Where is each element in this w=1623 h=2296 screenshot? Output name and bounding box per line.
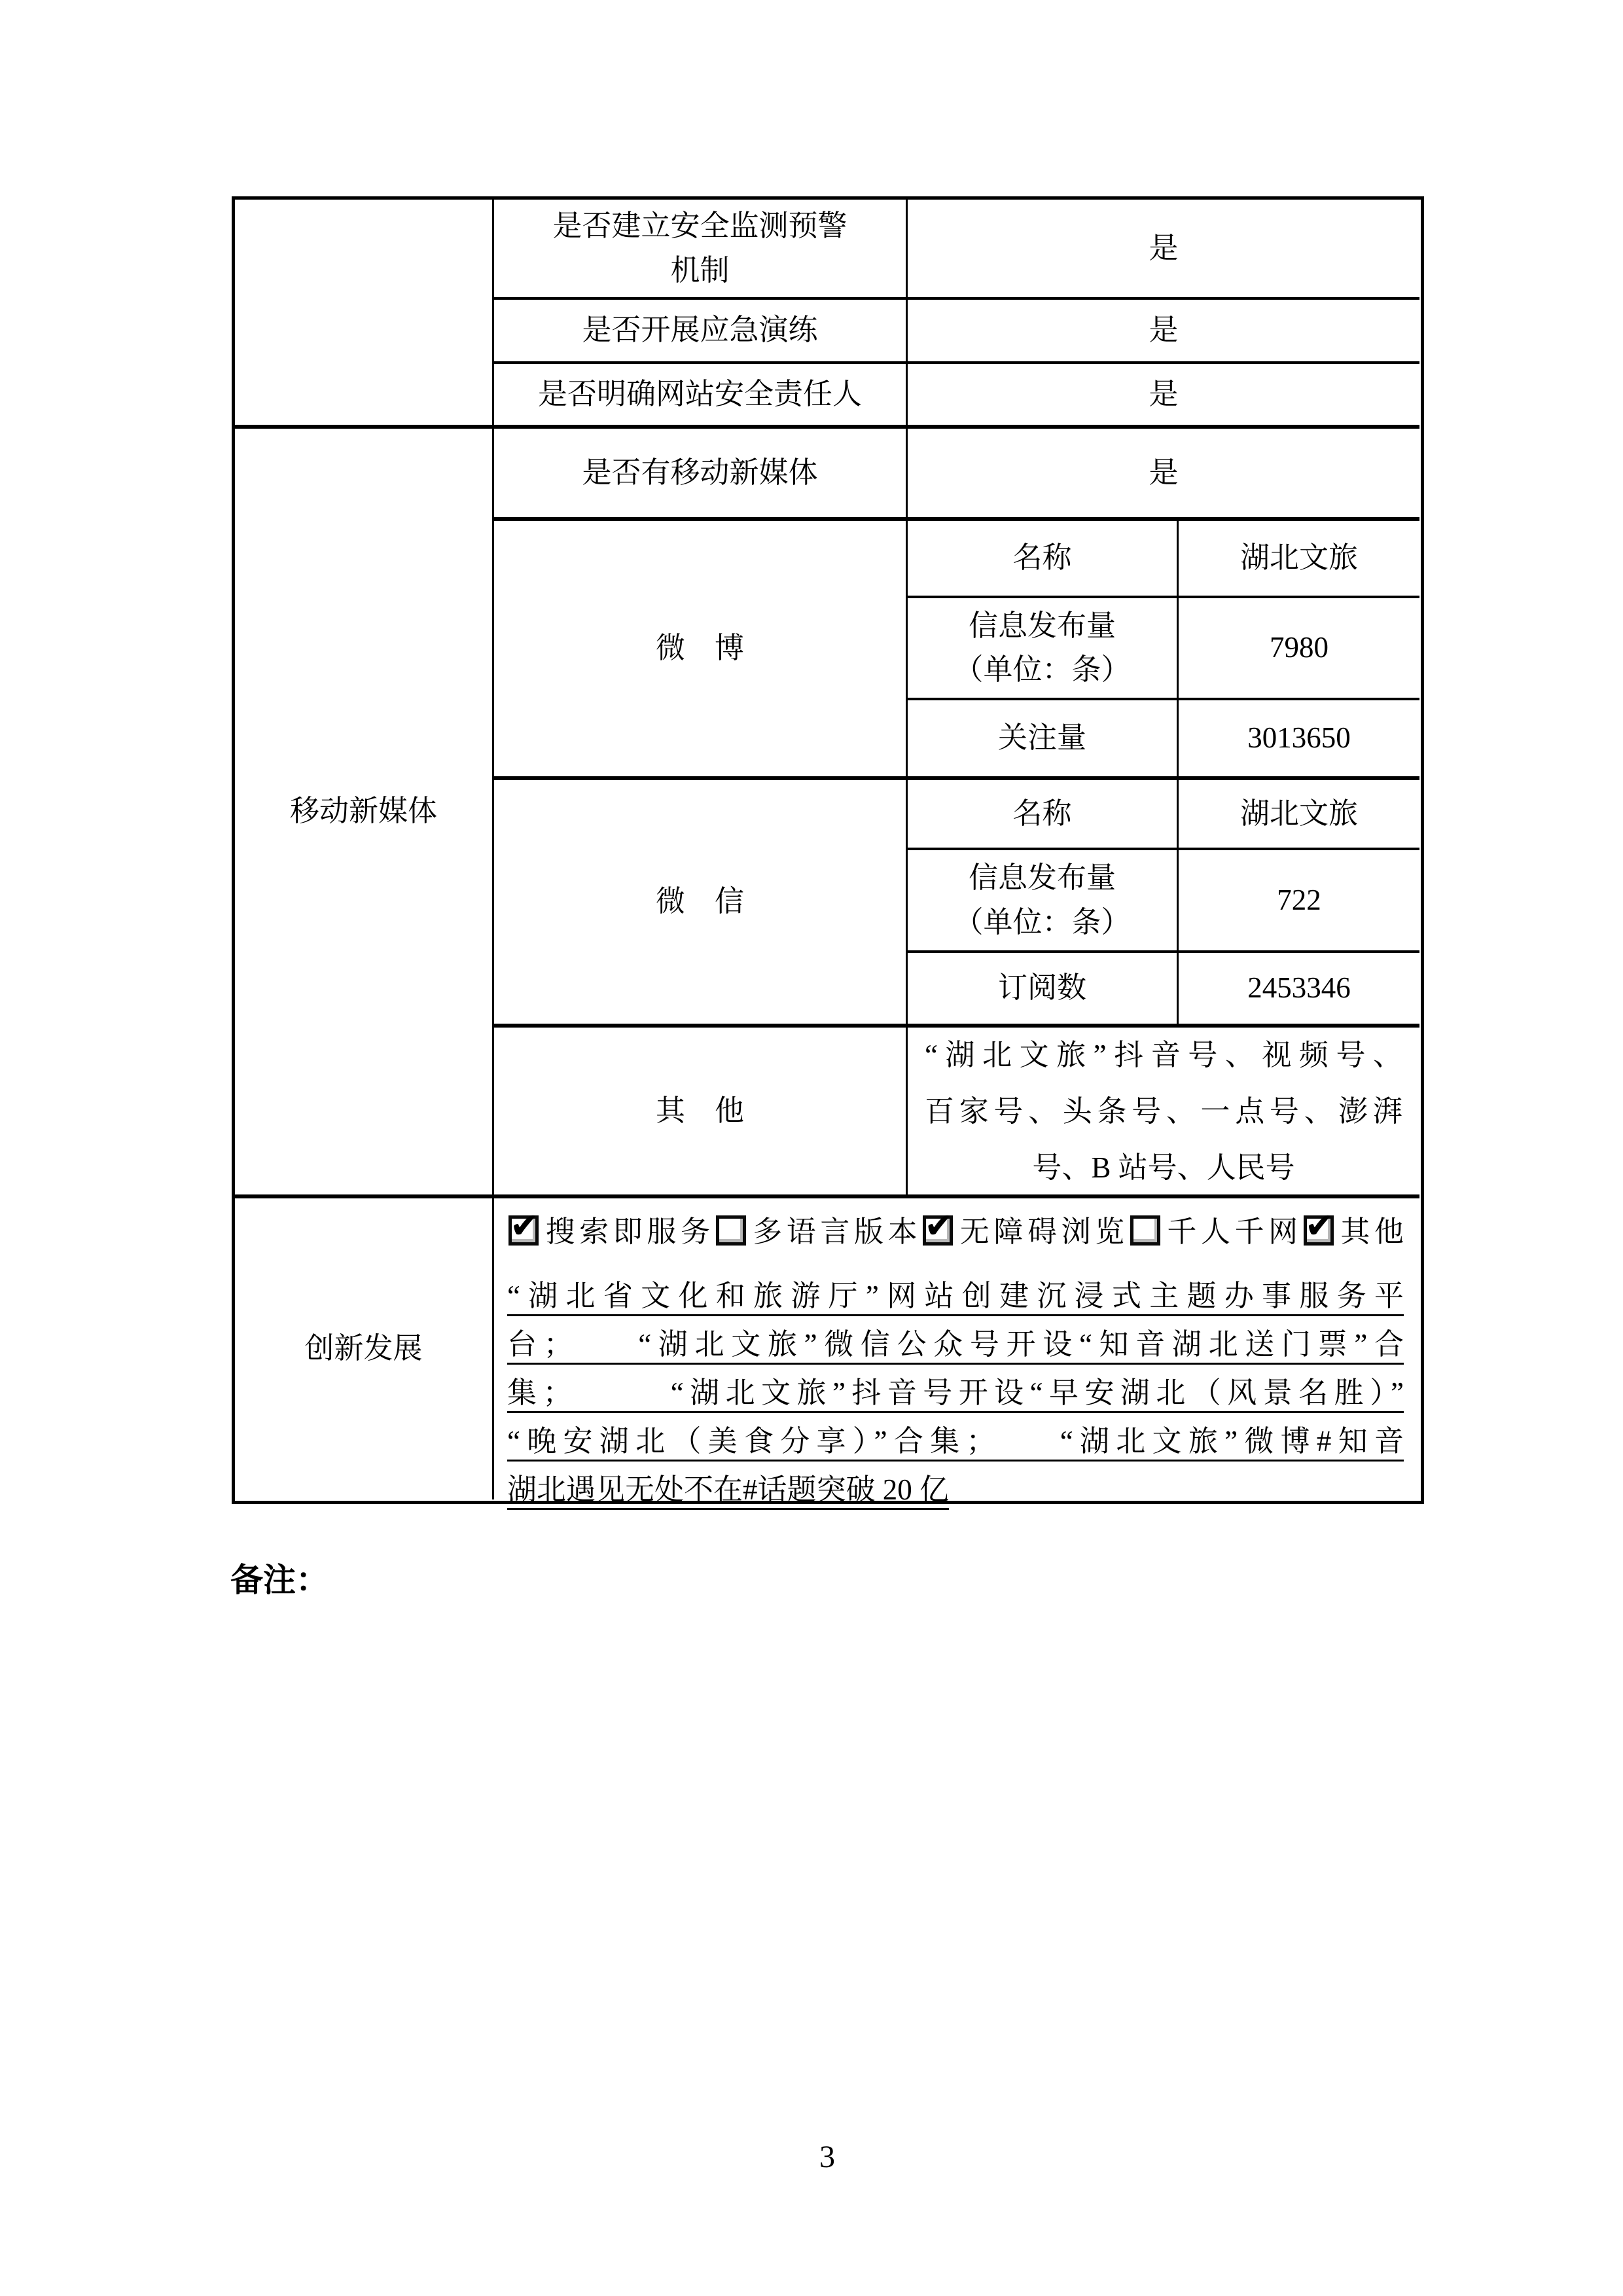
- wechat-name-value: 湖北文旅: [1179, 780, 1419, 850]
- checkbox-label-search-as-service: 搜索即服务: [541, 1215, 715, 1248]
- wechat-subscribers-key: 订阅数: [908, 953, 1179, 1028]
- checkbox-other: [1304, 1215, 1334, 1246]
- checkbox-label-other: 其他: [1336, 1215, 1404, 1248]
- security-row-label: 是否开展应急演练: [494, 300, 908, 364]
- checkbox-label-personalized: 千人千网: [1163, 1215, 1302, 1248]
- security-row-value: 是: [908, 364, 1419, 429]
- report-table: 是否建立安全监测预警 机制 是 是否开展应急演练 是 是否明确网站安全责任人 是…: [232, 196, 1424, 1504]
- weibo-posts-key-line2: （单位：条）: [954, 648, 1130, 692]
- weibo-name-value: 湖北文旅: [1179, 521, 1419, 598]
- wechat-subscribers-value: 2453346: [1179, 953, 1419, 1028]
- weibo-name-key: 名称: [908, 521, 1179, 598]
- weibo-followers-key: 关注量: [908, 700, 1179, 780]
- checkbox-label-multilingual: 多语言版本: [749, 1215, 922, 1248]
- innovation-detail-line: 湖北遇见无处不在#话题突破 20 亿: [507, 1465, 1404, 1514]
- wechat-posts-key-line2: （单位：条）: [954, 901, 1130, 945]
- other-value-line1: “湖北文旅”抖音号、视频号、: [908, 1027, 1419, 1083]
- other-value-line2: 百家号、头条号、一点号、澎湃: [908, 1083, 1419, 1139]
- other-label: 其 他: [494, 1028, 908, 1198]
- wechat-name-key: 名称: [908, 780, 1179, 850]
- security-section-header-cell: [235, 200, 494, 429]
- innovation-options-line: 搜索即服务多语言版本无障碍浏览千人千网其他: [507, 1208, 1404, 1256]
- innovation-detail-line: “晚安湖北（美食分享）”合集； “湖北文旅”微博#知音: [507, 1417, 1404, 1465]
- security-row-label: 是否明确网站安全责任人: [494, 364, 908, 429]
- security-row-label-line2: 机制: [670, 249, 729, 293]
- wechat-posts-value: 722: [1179, 850, 1419, 953]
- checkbox-accessibility: [923, 1215, 953, 1246]
- innovation-section-label: 创新发展: [235, 1198, 494, 1499]
- wechat-posts-key-line1: 信息发布量: [969, 856, 1116, 901]
- weibo-label: 微 博: [494, 521, 908, 780]
- weibo-posts-key: 信息发布量 （单位：条）: [908, 598, 1179, 700]
- checkbox-personalized: [1130, 1215, 1160, 1246]
- security-row-label: 是否建立安全监测预警 机制: [494, 200, 908, 300]
- mobile-section-label: 移动新媒体: [235, 429, 494, 1198]
- weibo-posts-key-line1: 信息发布量: [969, 604, 1116, 649]
- has-mobile-label: 是否有移动新媒体: [494, 429, 908, 521]
- has-mobile-value: 是: [908, 429, 1419, 521]
- page-number: 3: [819, 2139, 835, 2175]
- wechat-posts-key: 信息发布量 （单位：条）: [908, 850, 1179, 953]
- checkbox-search-as-service: [508, 1215, 539, 1246]
- other-value: “湖北文旅”抖音号、视频号、 百家号、头条号、一点号、澎湃 号、B 站号、人民号: [908, 1028, 1419, 1198]
- innovation-detail-line: 集； “湖北文旅”抖音号开设“早安湖北（风景名胜）”: [507, 1369, 1404, 1417]
- security-row-label-line1: 是否建立安全监测预警: [552, 204, 847, 249]
- remark-label: 备注：: [230, 1560, 329, 1600]
- weibo-followers-value: 3013650: [1179, 700, 1419, 780]
- innovation-detail-line: “湖北省文化和旅游厅”网站创建沉浸式主题办事服务平: [507, 1272, 1404, 1320]
- checkbox-multilingual: [716, 1215, 746, 1246]
- security-row-value: 是: [908, 300, 1419, 364]
- other-value-line3: 号、B 站号、人民号: [908, 1139, 1419, 1196]
- document-page: 是否建立安全监测预警 机制 是 是否开展应急演练 是 是否明确网站安全责任人 是…: [0, 0, 1623, 2296]
- innovation-content: 搜索即服务多语言版本无障碍浏览千人千网其他 “湖北省文化和旅游厅”网站创建沉浸式…: [494, 1198, 1419, 1499]
- checkbox-label-accessibility: 无障碍浏览: [955, 1215, 1129, 1248]
- wechat-label: 微 信: [494, 780, 908, 1028]
- innovation-detail-line: 台； “湖北文旅”微信公众号开设“知音湖北送门票”合: [507, 1320, 1404, 1369]
- security-row-value: 是: [908, 200, 1419, 300]
- weibo-posts-value: 7980: [1179, 598, 1419, 700]
